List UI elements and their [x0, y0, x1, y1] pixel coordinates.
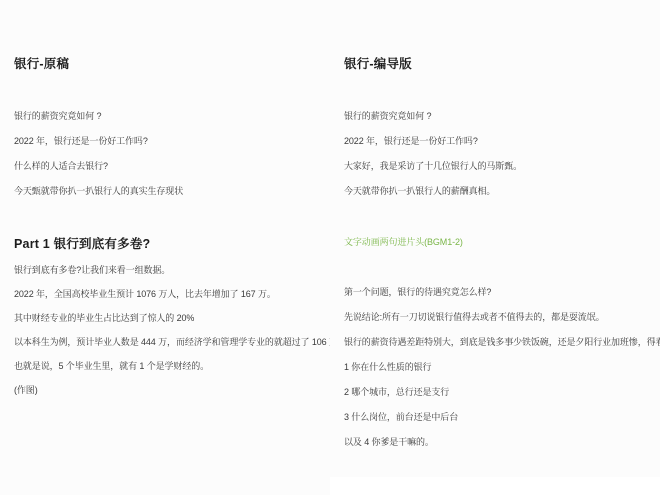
paragraph: 今天甄就带你扒一扒银行人的真实生存现状 [14, 186, 183, 197]
paragraph: 银行的薪资究竟如何 ? [344, 111, 431, 122]
chart-placeholder-note: (作图) [14, 385, 38, 396]
paragraph: 2022 年，银行还是一份好工作吗? [344, 136, 478, 147]
paragraph: 银行到底有多卷?让我们来看一组数据。 [14, 265, 170, 276]
paragraph: 大家好，我是采访了十几位银行人的马斯甄。 [344, 161, 522, 172]
paragraph: 第一个问题，银行的待遇究竟怎么样? [344, 287, 491, 298]
paragraph: 以本科生为例，预计毕业人数是 444 万，而经济学和管理学专业的就超过了 106… [14, 337, 347, 348]
page-original-draft: 银行-原稿 银行的薪资究竟如何 ? 2022 年，银行还是一份好工作吗? 什么样… [0, 0, 330, 495]
page-title-director: 银行-编导版 [344, 57, 412, 71]
paragraph: 2022 年，全国高校毕业生预计 1076 万人，比去年增加了 167 万。 [14, 289, 276, 300]
paragraph: 2022 年，银行还是一份好工作吗? [14, 136, 148, 147]
paragraph: 银行的薪资待遇差距特别大，到底是钱多事少铁饭碗，还是夕阳行业加班惨，得看: [344, 337, 660, 348]
paragraph: 其中财经专业的毕业生占比达到了惊人的 20% [14, 313, 194, 324]
stage-direction-note: 文字动画两句进片头(BGM1-2) [344, 237, 463, 248]
section-title-part1: Part 1 银行到底有多卷? [14, 237, 150, 252]
paragraph: 今天就带你扒一扒银行人的薪酬真相。 [344, 186, 495, 197]
list-item-numbered: 2 哪个城市，总行还是支行 [344, 387, 449, 398]
list-item-numbered: 3 什么岗位，前台还是中后台 [344, 412, 458, 423]
paragraph: 银行的薪资究竟如何 ? [14, 111, 101, 122]
paragraph: 先说结论:所有一刀切说银行值得去或者不值得去的，都是耍流氓。 [344, 312, 605, 323]
paragraph: 什么样的人适合去银行? [14, 161, 108, 172]
paragraph: 也就是说，5 个毕业生里，就有 1 个是学财经的。 [14, 361, 209, 372]
page-title-original: 银行-原稿 [14, 57, 69, 71]
list-item-numbered: 1 你在什么性质的银行 [344, 362, 431, 373]
list-item-numbered: 以及 4 你爹是干嘛的。 [344, 437, 434, 448]
page-director-version: 银行-编导版 银行的薪资究竟如何 ? 2022 年，银行还是一份好工作吗? 大家… [330, 0, 660, 495]
document-canvas: 银行-原稿 银行的薪资究竟如何 ? 2022 年，银行还是一份好工作吗? 什么样… [0, 0, 660, 495]
